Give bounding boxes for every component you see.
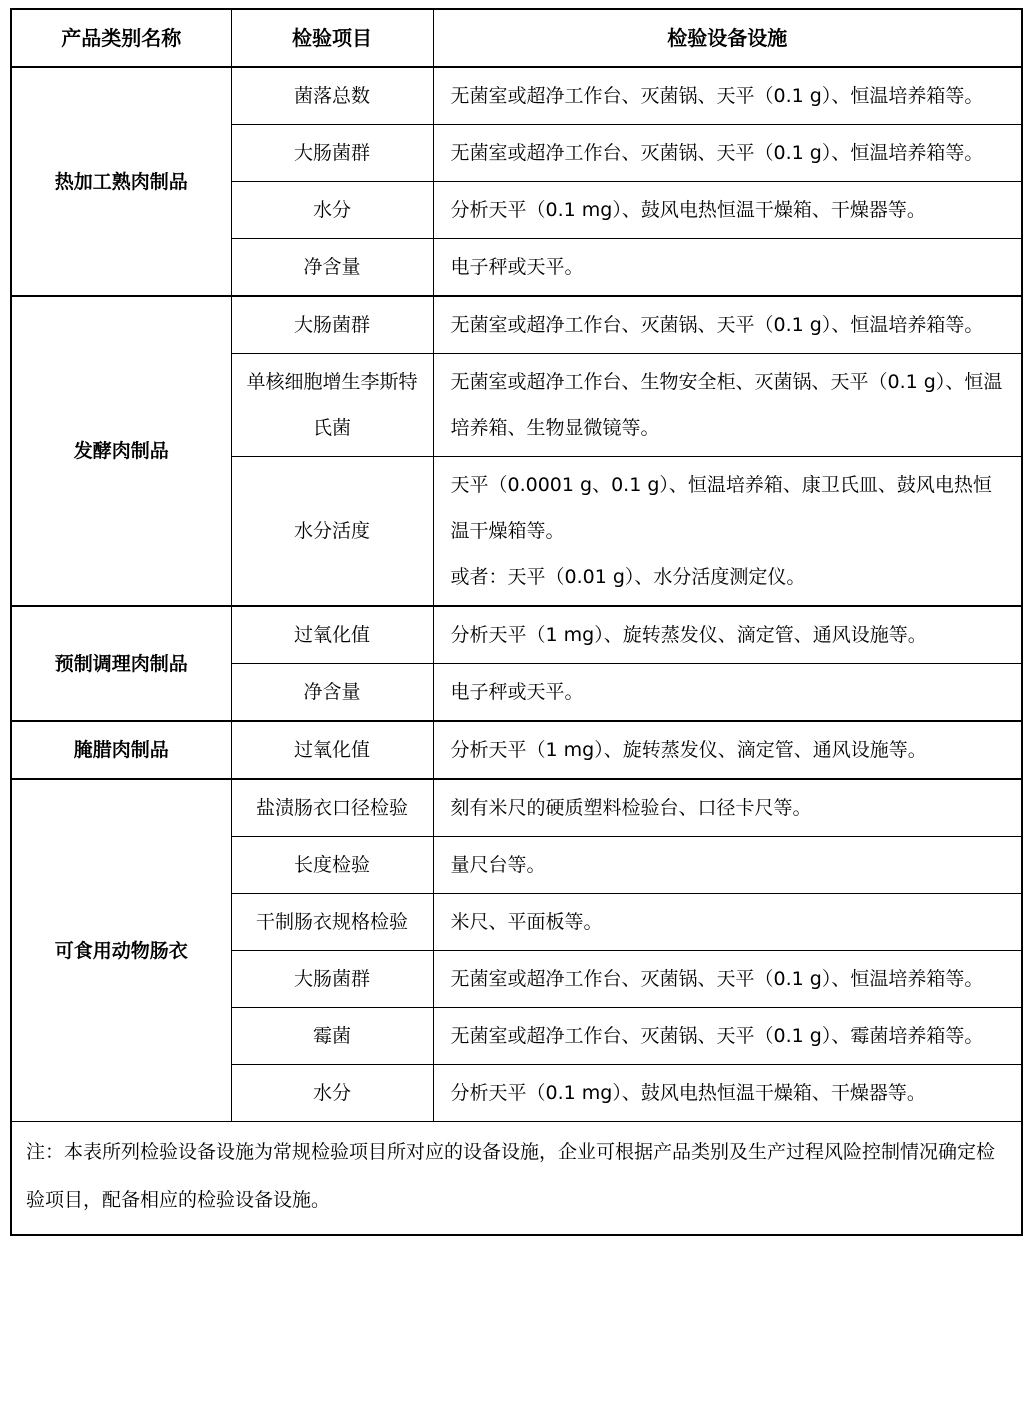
table-row: 热加工熟肉制品菌落总数无菌室或超净工作台、灭菌锅、天平（0.1 g）、恒温培养箱… [11,67,1022,125]
header-equipment: 检验设备设施 [433,9,1022,67]
item-cell: 大肠菌群 [231,125,433,182]
equipment-paragraph: 无菌室或超净工作台、灭菌锅、天平（0.1 g）、恒温培养箱等。 [451,956,1010,1002]
document-page: 产品类别名称 检验项目 检验设备设施 热加工熟肉制品菌落总数无菌室或超净工作台、… [0,0,1031,1425]
equipment-paragraph: 分析天平（0.1 mg）、鼓风电热恒温干燥箱、干燥器等。 [451,1070,1010,1116]
equipment-cell: 无菌室或超净工作台、生物安全柜、灭菌锅、天平（0.1 g）、恒温培养箱、生物显微… [433,354,1022,457]
category-cell: 预制调理肉制品 [11,606,231,721]
item-cell: 大肠菌群 [231,296,433,354]
item-cell: 菌落总数 [231,67,433,125]
inspection-equipment-table: 产品类别名称 检验项目 检验设备设施 热加工熟肉制品菌落总数无菌室或超净工作台、… [10,8,1023,1236]
category-cell: 热加工熟肉制品 [11,67,231,296]
table-note: 注：本表所列检验设备设施为常规检验项目所对应的设备设施，企业可根据产品类别及生产… [11,1122,1022,1236]
item-cell: 霉菌 [231,1008,433,1065]
equipment-cell: 无菌室或超净工作台、灭菌锅、天平（0.1 g）、恒温培养箱等。 [433,125,1022,182]
equipment-cell: 无菌室或超净工作台、灭菌锅、天平（0.1 g）、恒温培养箱等。 [433,951,1022,1008]
equipment-cell: 分析天平（0.1 mg）、鼓风电热恒温干燥箱、干燥器等。 [433,1065,1022,1122]
equipment-cell: 米尺、平面板等。 [433,894,1022,951]
equipment-paragraph: 分析天平（0.1 mg）、鼓风电热恒温干燥箱、干燥器等。 [451,187,1010,233]
item-cell: 过氧化值 [231,721,433,779]
equipment-cell: 电子秤或天平。 [433,664,1022,722]
note-row: 注：本表所列检验设备设施为常规检验项目所对应的设备设施，企业可根据产品类别及生产… [11,1122,1022,1236]
category-cell: 可食用动物肠衣 [11,779,231,1122]
table-body: 热加工熟肉制品菌落总数无菌室或超净工作台、灭菌锅、天平（0.1 g）、恒温培养箱… [11,67,1022,1122]
equipment-paragraph: 刻有米尺的硬质塑料检验台、口径卡尺等。 [451,785,1010,831]
item-cell: 水分活度 [231,457,433,607]
equipment-paragraph: 米尺、平面板等。 [451,899,1010,945]
table-row: 可食用动物肠衣盐渍肠衣口径检验刻有米尺的硬质塑料检验台、口径卡尺等。 [11,779,1022,837]
equipment-paragraph: 无菌室或超净工作台、灭菌锅、天平（0.1 g）、霉菌培养箱等。 [451,1013,1010,1059]
category-cell: 发酵肉制品 [11,296,231,606]
table-footer: 注：本表所列检验设备设施为常规检验项目所对应的设备设施，企业可根据产品类别及生产… [11,1122,1022,1236]
equipment-cell: 分析天平（1 mg）、旋转蒸发仪、滴定管、通风设施等。 [433,721,1022,779]
item-cell: 长度检验 [231,837,433,894]
table-header: 产品类别名称 检验项目 检验设备设施 [11,9,1022,67]
category-cell: 腌腊肉制品 [11,721,231,779]
equipment-paragraph: 天平（0.0001 g、0.1 g）、恒温培养箱、康卫氏皿、鼓风电热恒温干燥箱等… [451,462,1010,554]
equipment-cell: 无菌室或超净工作台、灭菌锅、天平（0.1 g）、恒温培养箱等。 [433,296,1022,354]
equipment-cell: 分析天平（0.1 mg）、鼓风电热恒温干燥箱、干燥器等。 [433,182,1022,239]
item-cell: 水分 [231,1065,433,1122]
item-cell: 大肠菌群 [231,951,433,1008]
equipment-paragraph: 分析天平（1 mg）、旋转蒸发仪、滴定管、通风设施等。 [451,727,1010,773]
equipment-paragraph: 分析天平（1 mg）、旋转蒸发仪、滴定管、通风设施等。 [451,612,1010,658]
item-cell: 净含量 [231,664,433,722]
item-cell: 净含量 [231,239,433,297]
item-cell: 干制肠衣规格检验 [231,894,433,951]
equipment-paragraph: 无菌室或超净工作台、生物安全柜、灭菌锅、天平（0.1 g）、恒温培养箱、生物显微… [451,359,1010,451]
equipment-cell: 电子秤或天平。 [433,239,1022,297]
equipment-cell: 无菌室或超净工作台、灭菌锅、天平（0.1 g）、霉菌培养箱等。 [433,1008,1022,1065]
item-cell: 单核细胞增生李斯特氏菌 [231,354,433,457]
table-row: 腌腊肉制品过氧化值分析天平（1 mg）、旋转蒸发仪、滴定管、通风设施等。 [11,721,1022,779]
table-header-row: 产品类别名称 检验项目 检验设备设施 [11,9,1022,67]
equipment-cell: 分析天平（1 mg）、旋转蒸发仪、滴定管、通风设施等。 [433,606,1022,664]
header-product-category: 产品类别名称 [11,9,231,67]
equipment-paragraph: 量尺台等。 [451,842,1010,888]
item-cell: 过氧化值 [231,606,433,664]
table-row: 发酵肉制品大肠菌群无菌室或超净工作台、灭菌锅、天平（0.1 g）、恒温培养箱等。 [11,296,1022,354]
table-row: 预制调理肉制品过氧化值分析天平（1 mg）、旋转蒸发仪、滴定管、通风设施等。 [11,606,1022,664]
equipment-cell: 无菌室或超净工作台、灭菌锅、天平（0.1 g）、恒温培养箱等。 [433,67,1022,125]
equipment-paragraph: 无菌室或超净工作台、灭菌锅、天平（0.1 g）、恒温培养箱等。 [451,130,1010,176]
equipment-paragraph: 或者：天平（0.01 g）、水分活度测定仪。 [451,554,1010,600]
equipment-paragraph: 电子秤或天平。 [451,669,1010,715]
equipment-paragraph: 无菌室或超净工作台、灭菌锅、天平（0.1 g）、恒温培养箱等。 [451,302,1010,348]
header-inspection-item: 检验项目 [231,9,433,67]
equipment-paragraph: 无菌室或超净工作台、灭菌锅、天平（0.1 g）、恒温培养箱等。 [451,73,1010,119]
equipment-cell: 刻有米尺的硬质塑料检验台、口径卡尺等。 [433,779,1022,837]
equipment-cell: 量尺台等。 [433,837,1022,894]
equipment-paragraph: 电子秤或天平。 [451,244,1010,290]
item-cell: 盐渍肠衣口径检验 [231,779,433,837]
item-cell: 水分 [231,182,433,239]
equipment-cell: 天平（0.0001 g、0.1 g）、恒温培养箱、康卫氏皿、鼓风电热恒温干燥箱等… [433,457,1022,607]
